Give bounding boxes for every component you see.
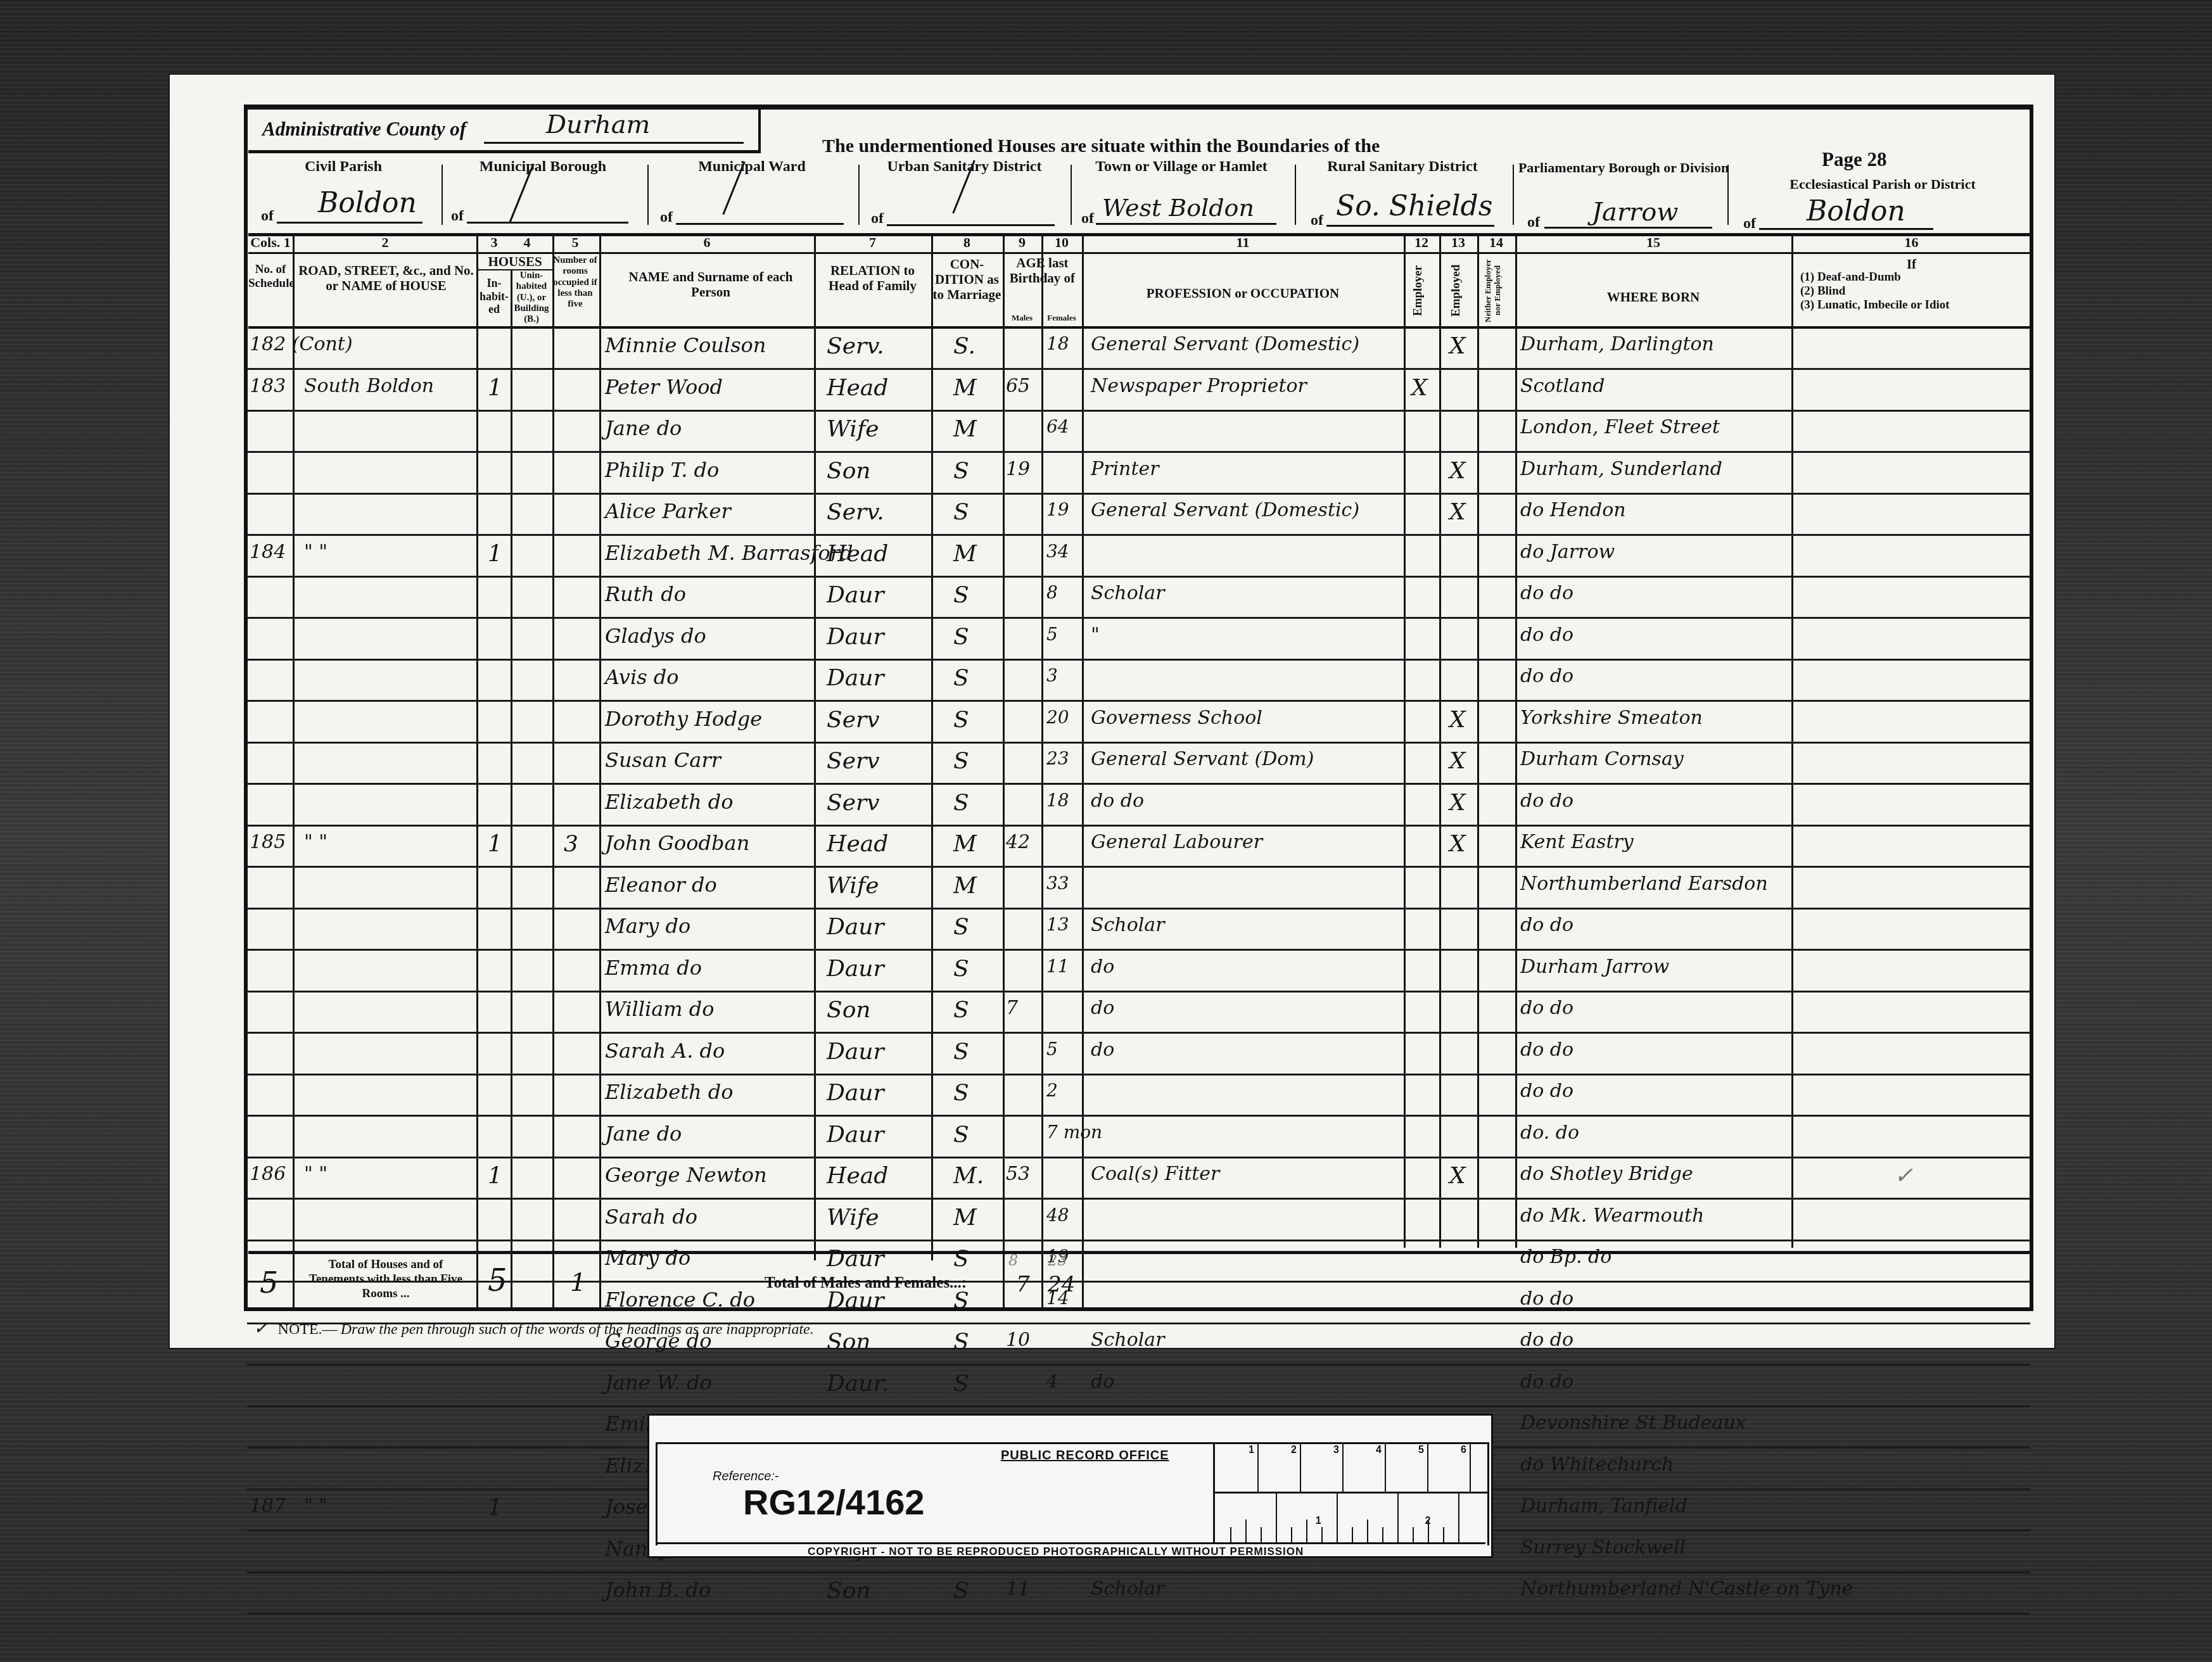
total-males: 7	[1016, 1272, 1030, 1297]
district-town-village: Town or Village or Hamlet of West Boldon	[1074, 152, 1289, 233]
copyright-bar	[656, 1542, 1485, 1544]
table-row: Avis do Daur S 3 do do	[247, 660, 2030, 702]
cell-where-born: Devonshire St Budeaux	[1520, 1412, 1746, 1445]
cell-relation: Daur	[827, 582, 884, 615]
ruler-tick	[1458, 1493, 1459, 1542]
cell-relation: Daur	[827, 665, 884, 698]
col-num: 12	[1404, 234, 1439, 251]
district-municipal-borough: Municipal Borough of	[445, 152, 641, 233]
cell-age-male: 11	[1006, 1578, 1030, 1611]
ruler-tick	[1352, 1527, 1353, 1542]
ruler-label: 4	[1376, 1445, 1382, 1456]
ruler-label: 2	[1291, 1445, 1297, 1456]
ruler-tick	[1230, 1527, 1231, 1542]
cell-occupation: Coal(s) Fitter	[1091, 1163, 1219, 1196]
cell-occupation: General Servant (Dom)	[1091, 748, 1314, 781]
cell-relation: Serv	[827, 748, 880, 781]
cell-condition: S	[953, 1080, 969, 1113]
cell-name: Sarah A. do	[605, 1039, 725, 1072]
heading-condition: CON-DITION as to Marriage	[931, 257, 1003, 302]
cell-age-female: 18	[1046, 790, 1069, 823]
cell-name: John Goodban	[605, 831, 749, 864]
cell-occupation: Governess School	[1091, 707, 1262, 740]
district-label: Civil Parish	[248, 158, 438, 175]
scale-ruler: 123456 12	[1213, 1442, 1487, 1544]
cell-occupation: General Servant (Domestic)	[1091, 333, 1359, 366]
cell-condition: S.	[953, 333, 976, 366]
ruler-label: 6	[1461, 1445, 1466, 1456]
cell-name: William do	[605, 997, 715, 1030]
district-label: Rural Sanitary District	[1298, 158, 1507, 175]
heading-males: Males	[1003, 314, 1041, 323]
cell-name: Dorothy Hodge	[605, 707, 762, 740]
cell-schedule: 182 (Cont)	[250, 333, 353, 366]
table-row: Sarah A. do Daur S 5 do do do	[247, 1034, 2030, 1075]
cell-condition: M	[953, 416, 977, 449]
heading-relation: RELATION to Head of Family	[814, 263, 931, 293]
district-ecclesiastical: Ecclesiastical Parish or District of Bol…	[1731, 152, 2028, 233]
col-num: 10	[1041, 234, 1082, 251]
table-row: Eleanor do Wife M 33 Northumberland Ears…	[247, 868, 2030, 910]
cell-relation: Daur	[827, 1039, 884, 1072]
cell-name: Ruth do	[605, 582, 686, 615]
cell-inhabited: 1	[488, 831, 502, 864]
cell-where-born: do do	[1520, 1371, 1573, 1404]
ruler-mid-line	[1215, 1492, 1487, 1494]
cell-occupation: Newspaper Proprietor	[1091, 375, 1307, 408]
cell-relation: Wife	[827, 873, 879, 906]
heading-females: Females	[1041, 314, 1082, 323]
ruler-tick	[1385, 1442, 1386, 1492]
ruler-tick	[1443, 1527, 1444, 1542]
heading-neither: Neither Employer nor Employed	[1484, 259, 1509, 322]
cell-road: " "	[304, 831, 327, 864]
ruler-tick	[1257, 1442, 1259, 1492]
cell-where-born: Northumberland N'Castle on Tyne	[1520, 1578, 1853, 1611]
ruler-label: 2	[1425, 1516, 1431, 1527]
table-row: Ruth do Daur S 8 Scholar do do	[247, 577, 2030, 619]
total-houses-label: Total of Houses and of Tenements with le…	[300, 1258, 471, 1301]
cell-where-born: Durham Jarrow	[1520, 956, 1669, 989]
cell-where-born: Durham, Sunderland	[1520, 458, 1722, 491]
cell-relation: Daur	[827, 624, 884, 657]
district-label: Parliamentary Borough or Division	[1516, 160, 1731, 176]
cell-where-born: do Mk. Wearmouth	[1520, 1205, 1704, 1238]
heading-infirmity-1: (1) Deaf-and-Dumb	[1800, 270, 1901, 284]
cell-name: Gladys do	[605, 624, 706, 657]
divider	[858, 165, 860, 225]
cell-schedule: 186	[250, 1163, 286, 1196]
cell-where-born: do do	[1520, 582, 1573, 615]
cell-age-male: 53	[1006, 1163, 1030, 1196]
district-civil-parish: Civil Parish of Boldon	[248, 152, 438, 233]
col-num: 14	[1477, 234, 1515, 251]
cell-name: Susan Carr	[605, 748, 721, 781]
of-label: of	[660, 209, 673, 226]
cell-condition: M	[953, 831, 977, 864]
heading-infirmity-if: If	[1791, 257, 2031, 272]
ruler-label: 1	[1249, 1445, 1254, 1456]
district-underline	[277, 222, 423, 224]
cell-condition: S	[953, 1371, 969, 1404]
table-row: Dorothy Hodge Serv S 20 Governess School…	[247, 702, 2030, 744]
of-label: of	[1081, 210, 1094, 227]
district-label: Ecclesiastical Parish or District	[1788, 176, 1978, 193]
district-underline	[1544, 227, 1712, 229]
col-num: 7	[814, 234, 931, 251]
divider	[1295, 165, 1296, 225]
cell-relation: Head	[827, 541, 888, 574]
cell-age-female: 19	[1046, 499, 1069, 532]
cell-relation: Wife	[827, 416, 879, 449]
cell-condition: S	[953, 1122, 969, 1155]
cell-schedule: 183	[250, 375, 286, 408]
reference-number: RG12/4162	[743, 1481, 924, 1523]
table-row: Alice Parker Serv. S 19 General Servant …	[247, 494, 2030, 536]
district-underline	[1326, 225, 1494, 227]
heading-employed: Employed	[1449, 260, 1463, 320]
cell-occupation: do	[1091, 1371, 1114, 1404]
table-row: 184 " " 1 Elizabeth M. Barrasford Head M…	[247, 536, 2030, 578]
heading-rooms: Number of rooms occupied if less than fi…	[552, 255, 598, 310]
cell-road: " "	[304, 1495, 327, 1528]
total-males-alt: 8	[1008, 1252, 1018, 1269]
cell-name: Jane do	[605, 416, 682, 449]
cell-age-female: 13	[1046, 914, 1069, 947]
district-underline	[1096, 223, 1276, 225]
ruler-tick	[1342, 1442, 1344, 1492]
cell-age-female: 33	[1046, 873, 1069, 906]
cell-condition: M.	[953, 1163, 984, 1196]
cell-name: Elizabeth M. Barrasford	[605, 541, 853, 574]
col-num: 11	[1082, 234, 1404, 251]
cell-name: John B. do	[605, 1578, 711, 1611]
district-label: Municipal Ward	[651, 158, 853, 175]
cell-relation: Serv.	[827, 333, 884, 366]
cell-where-born: do do	[1520, 1329, 1573, 1362]
cell-name: Mary do	[605, 914, 690, 947]
cell-where-born: do do	[1520, 914, 1573, 947]
cell-occupation: do	[1091, 956, 1114, 989]
cell-age-female: 3	[1046, 665, 1058, 698]
district-value: Boldon	[318, 187, 417, 219]
district-label: Urban Sanitary District	[861, 158, 1067, 175]
district-rural-sanitary: Rural Sanitary District of So. Shields	[1298, 152, 1507, 233]
column-number-row: Cols. 1 2 3 4 5 6 7 8 9 10 11 12 13 14 1…	[248, 234, 2031, 254]
heading-road: ROAD, STREET, &c., and No. or NAME of HO…	[296, 263, 476, 293]
cell-age-male: 42	[1006, 831, 1030, 864]
totals-row: 5 Total of Houses and of Tenements with …	[248, 1251, 2031, 1311]
cell-occupation: "	[1091, 624, 1100, 657]
ruler-tick	[1261, 1527, 1262, 1542]
cell-where-born: do Hendon	[1520, 499, 1626, 532]
table-row: Elizabeth do Daur S 2 do do	[247, 1075, 2030, 1117]
cell-occupation: Printer	[1091, 458, 1159, 491]
cell-employed: X	[1449, 790, 1466, 823]
cell-employed: X	[1449, 333, 1466, 366]
cell-employed: X	[1449, 831, 1466, 864]
cell-occupation: Scholar	[1091, 914, 1165, 947]
cell-employed: X	[1449, 499, 1466, 532]
cell-where-born: do Shotley Bridge	[1520, 1163, 1693, 1196]
ruler-tick	[1306, 1519, 1307, 1542]
cell-employed: X	[1449, 1163, 1466, 1196]
cell-occupation: do do	[1091, 790, 1144, 823]
col-num: 4	[511, 234, 543, 251]
cell-condition: S	[953, 458, 969, 491]
divider	[1513, 165, 1514, 225]
cell-where-born: do do	[1520, 790, 1573, 823]
district-value: West Boldon	[1102, 194, 1254, 222]
cell-age-female: 2	[1046, 1080, 1058, 1113]
cell-relation: Daur	[827, 1080, 884, 1113]
cell-name: George Newton	[605, 1163, 767, 1196]
table-row: Elizabeth do Serv S 18 do do X do do	[247, 785, 2030, 827]
table-row: Sarah do Wife M 48 do Mk. Wearmouth	[247, 1200, 2030, 1241]
cell-occupation: do	[1091, 1039, 1114, 1072]
cell-occupation: Scholar	[1091, 1329, 1165, 1362]
cell-age-female: 8	[1046, 582, 1058, 615]
heading-where-born: WHERE BORN	[1515, 289, 1791, 305]
cell-relation: Head	[827, 831, 888, 864]
col-num: 9	[1003, 234, 1041, 251]
col-num: 5	[552, 234, 598, 251]
col-num: 2	[293, 234, 478, 251]
col-num: 3	[478, 234, 511, 251]
ruler-label: 3	[1333, 1445, 1339, 1456]
cell-where-born: Northumberland Earsdon	[1520, 873, 1768, 906]
total-females-alt: 23	[1048, 1252, 1067, 1269]
col-num: 16	[1791, 234, 2031, 251]
district-urban-sanitary: Urban Sanitary District of	[861, 152, 1067, 233]
cell-relation: Serv.	[827, 499, 884, 532]
cell-where-born: do Jarrow	[1520, 541, 1615, 574]
ruler-label: 5	[1418, 1445, 1424, 1456]
col-num: Cols. 1	[248, 234, 293, 251]
cell-employer: X	[1411, 375, 1428, 408]
heading-infirmity-2: (2) Blind	[1800, 284, 1845, 298]
heading-houses: HOUSES	[478, 254, 552, 270]
cell-road: " "	[304, 1163, 327, 1196]
note-prefix: NOTE.—	[278, 1321, 338, 1338]
cell-condition: S	[953, 1329, 969, 1362]
cell-name: Minnie Coulson	[605, 333, 766, 366]
col-num: 13	[1439, 234, 1477, 251]
cell-inhabited: 1	[488, 375, 502, 408]
cell-relation: Daur	[827, 914, 884, 947]
cell-where-born: Surrey Stockwell	[1520, 1537, 1686, 1570]
cell-condition: S	[953, 1578, 969, 1611]
cell-condition: S	[953, 997, 969, 1030]
cell-where-born: Kent Eastry	[1520, 831, 1634, 864]
heading-infirmity-3: (3) Lunatic, Imbecile or Idiot	[1800, 298, 1990, 312]
record-office-label: PUBLIC RECORD OFFICE	[1001, 1449, 1169, 1463]
cell-employed: X	[1449, 748, 1466, 781]
cell-condition: S	[953, 582, 969, 615]
heading-schedule: No. of Schedule	[248, 263, 293, 291]
cell-relation: Head	[827, 1163, 888, 1196]
cell-relation: Daur	[827, 1122, 884, 1155]
cell-age-female: 64	[1046, 416, 1069, 449]
cell-name: Eleanor do	[605, 873, 717, 906]
cell-where-born: London, Fleet Street	[1520, 416, 1720, 449]
of-label: of	[1743, 215, 1756, 232]
cell-name: Avis do	[605, 665, 678, 698]
of-label: of	[1311, 212, 1323, 229]
district-municipal-ward: Municipal Ward of	[651, 152, 853, 233]
cell-where-born: do do	[1520, 624, 1573, 657]
district-underline	[887, 224, 1055, 226]
cell-where-born: do. do	[1520, 1122, 1579, 1155]
note-text: Draw the pen through such of the words o…	[341, 1321, 814, 1338]
cell-infirmity: ✓	[1894, 1163, 1913, 1196]
ruler-tick	[1413, 1527, 1414, 1542]
divider	[1727, 165, 1729, 225]
district-label: Town or Village or Hamlet	[1074, 158, 1289, 175]
cell-age-female: 23	[1046, 748, 1069, 781]
district-value: Boldon	[1807, 195, 1905, 227]
cell-where-born: Scotland	[1520, 375, 1605, 408]
cell-relation: Serv	[827, 790, 880, 823]
cell-condition: S	[953, 499, 969, 532]
cell-condition: S	[953, 624, 969, 657]
cell-employed: X	[1449, 458, 1466, 491]
district-underline	[1759, 228, 1933, 230]
cell-age-female: 48	[1046, 1205, 1069, 1238]
heading-name: NAME and Surname of each Person	[616, 269, 806, 300]
cell-relation: Son	[827, 1329, 871, 1362]
cell-occupation: General Labourer	[1091, 831, 1262, 864]
ruler-tick	[1397, 1493, 1399, 1542]
ruler-tick	[1276, 1493, 1277, 1542]
district-label: Municipal Borough	[445, 158, 641, 175]
cell-road: South Boldon	[304, 375, 434, 408]
cell-condition: M	[953, 873, 977, 906]
table-row: Philip T. do Son S 19 Printer X Durham, …	[247, 453, 2030, 495]
district-underline	[676, 223, 844, 225]
table-row: Susan Carr Serv S 23 General Servant (Do…	[247, 743, 2030, 785]
ruler-tick	[1337, 1493, 1338, 1542]
table-row: William do Son S 7 do do do	[247, 992, 2030, 1034]
cell-age-female: 20	[1046, 707, 1069, 740]
divider	[442, 165, 443, 225]
cell-age-female: 18	[1046, 333, 1069, 366]
district-underline	[467, 222, 628, 224]
cell-condition: S	[953, 665, 969, 698]
divider	[1071, 165, 1072, 225]
cell-name: Philip T. do	[605, 458, 719, 491]
cell-relation: Daur.	[827, 1371, 889, 1404]
reference-strip: PUBLIC RECORD OFFICE Reference:- RG12/41…	[647, 1414, 1493, 1558]
cell-road: " "	[304, 541, 327, 574]
cell-where-born: Durham, Tanfield	[1520, 1495, 1688, 1528]
cell-schedule: 187	[250, 1495, 286, 1528]
cell-relation: Serv	[827, 707, 880, 740]
cell-relation: Daur	[827, 956, 884, 989]
ruler-tick	[1245, 1519, 1247, 1542]
note-tick: ✓	[253, 1317, 268, 1338]
cell-name: Alice Parker	[605, 499, 731, 532]
cell-age-female: 5	[1046, 1039, 1058, 1072]
cell-age-female: 7 mon	[1046, 1122, 1102, 1155]
table-row: 183 South Boldon 1 Peter Wood Head M 65 …	[247, 370, 2030, 412]
cell-age-male: 7	[1006, 997, 1018, 1030]
cell-age-female: 34	[1046, 541, 1069, 574]
col-num: 6	[600, 234, 814, 251]
table-row: 182 (Cont) Minnie Coulson Serv. S. 18 Ge…	[247, 328, 2030, 370]
col-num: 15	[1515, 234, 1791, 251]
cell-occupation: do	[1091, 997, 1114, 1030]
district-value: So. Shields	[1336, 190, 1492, 222]
table-row: Mary do Daur S 13 Scholar do do	[247, 909, 2030, 951]
cell-where-born: do do	[1520, 1039, 1573, 1072]
cell-occupation: Scholar	[1091, 1578, 1165, 1611]
cell-where-born: do Whitechurch	[1520, 1454, 1674, 1487]
cell-age-female: 11	[1046, 956, 1069, 989]
table-row: John B. do Son S 11 Scholar Northumberla…	[247, 1573, 2030, 1614]
district-parliamentary: Parliamentary Borough or Division of Jar…	[1516, 152, 1731, 233]
cell-age-female: 4	[1046, 1371, 1058, 1404]
cell-schedule: 185	[250, 831, 286, 864]
cell-name: Jane do	[605, 1122, 682, 1155]
footer-note: ✓ NOTE.— Draw the pen through such of th…	[253, 1317, 814, 1338]
district-headers: Civil Parish of Boldon Municipal Borough…	[248, 152, 2031, 236]
ruler-tick	[1321, 1527, 1323, 1542]
cell-rooms: 3	[564, 831, 578, 864]
cell-condition: S	[953, 707, 969, 740]
cell-condition: S	[953, 1039, 969, 1072]
cell-condition: S	[953, 790, 969, 823]
of-label: of	[451, 208, 464, 225]
total-schedules: 5	[260, 1266, 278, 1300]
cell-name: Elizabeth do	[605, 790, 734, 823]
table-row: Gladys do Daur S 5 " do do	[247, 619, 2030, 661]
cell-condition: S	[953, 914, 969, 947]
column-headings: No. of Schedule ROAD, STREET, &c., and N…	[248, 254, 2031, 329]
of-label: of	[1527, 214, 1540, 231]
cell-condition: S	[953, 956, 969, 989]
cell-name: Jane W. do	[605, 1371, 712, 1404]
ruler-label: 1	[1316, 1516, 1321, 1527]
cell-relation: Wife	[827, 1205, 879, 1238]
cell-name: Sarah do	[605, 1205, 697, 1238]
cell-relation: Son	[827, 458, 871, 491]
cell-name: Elizabeth do	[605, 1080, 734, 1113]
cell-age-male: 19	[1006, 458, 1030, 491]
table-row: Jane do Wife M 64 London, Fleet Street	[247, 411, 2030, 453]
cell-age-female: 5	[1046, 624, 1058, 657]
cell-relation: Head	[827, 375, 888, 408]
of-label: of	[871, 210, 884, 227]
cell-relation: Son	[827, 1578, 871, 1611]
cell-where-born: do do	[1520, 1080, 1573, 1113]
cell-condition: S	[953, 748, 969, 781]
cell-condition: M	[953, 1205, 977, 1238]
table-row: Emma do Daur S 11 do Durham Jarrow	[247, 951, 2030, 993]
table-row: 186 " " 1 George Newton Head M. 53 Coal(…	[247, 1158, 2030, 1200]
cell-where-born: do do	[1520, 665, 1573, 698]
ruler-tick	[1382, 1527, 1383, 1542]
cell-schedule: 184	[250, 541, 286, 574]
table-row: 185 " " 1 3 John Goodban Head M 42 Gener…	[247, 826, 2030, 868]
cell-name: Peter Wood	[605, 375, 723, 408]
ruler-tick	[1470, 1442, 1471, 1492]
of-label: of	[261, 208, 274, 225]
ruler-tick	[1427, 1442, 1428, 1492]
total-houses: 5	[488, 1263, 507, 1298]
cell-where-born: Durham, Darlington	[1520, 333, 1714, 366]
heading-occupation: PROFESSION or OCCUPATION	[1082, 286, 1404, 301]
